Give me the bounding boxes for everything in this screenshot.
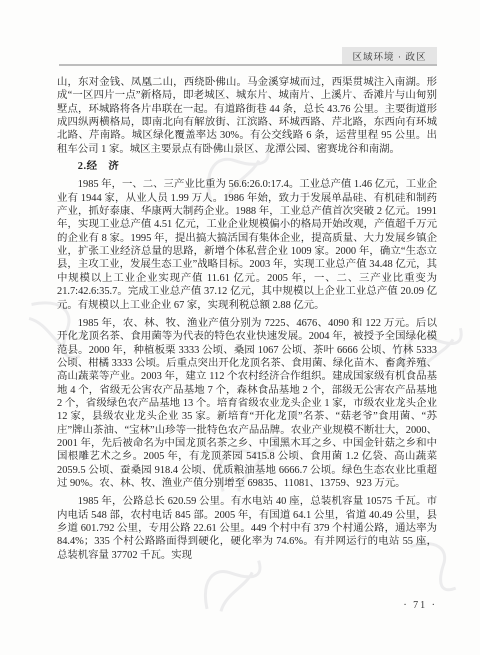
paragraph-agriculture: 1985 年，农、林、牧、渔业产值分别为 7225、4676、4090 和 12…	[57, 317, 437, 490]
running-head-section-label: 区域环境 · 政区	[342, 47, 437, 64]
header-rule	[59, 64, 437, 66]
document-page: 区域环境 · 政区 山，东对金钱、凤凰二山，西绕卧佛山。马金溪穿城而过，西渠贯城…	[0, 0, 480, 655]
paragraph-infrastructure: 1985 年，公路总长 620.59 公里。有水电站 40 座，总装机容量 10…	[57, 495, 437, 562]
page-body: 山，东对金钱、凤凰二山，西绕卧佛山。马金溪穿城而过，西渠贯城注入南湖。形成“一区…	[57, 76, 437, 562]
paragraph-industry: 1985 年，一、二、三产业比重为 56.6:26.0:17.4。工业总产值 1…	[57, 178, 437, 311]
paragraph-city-layout: 山，东对金钱、凤凰二山，西绕卧佛山。马金溪穿城而过，西渠贯城注入南湖。形成“一区…	[57, 76, 437, 156]
heading-economy: 2.经 济	[57, 160, 437, 173]
page-number: · 71 ·	[403, 600, 437, 611]
